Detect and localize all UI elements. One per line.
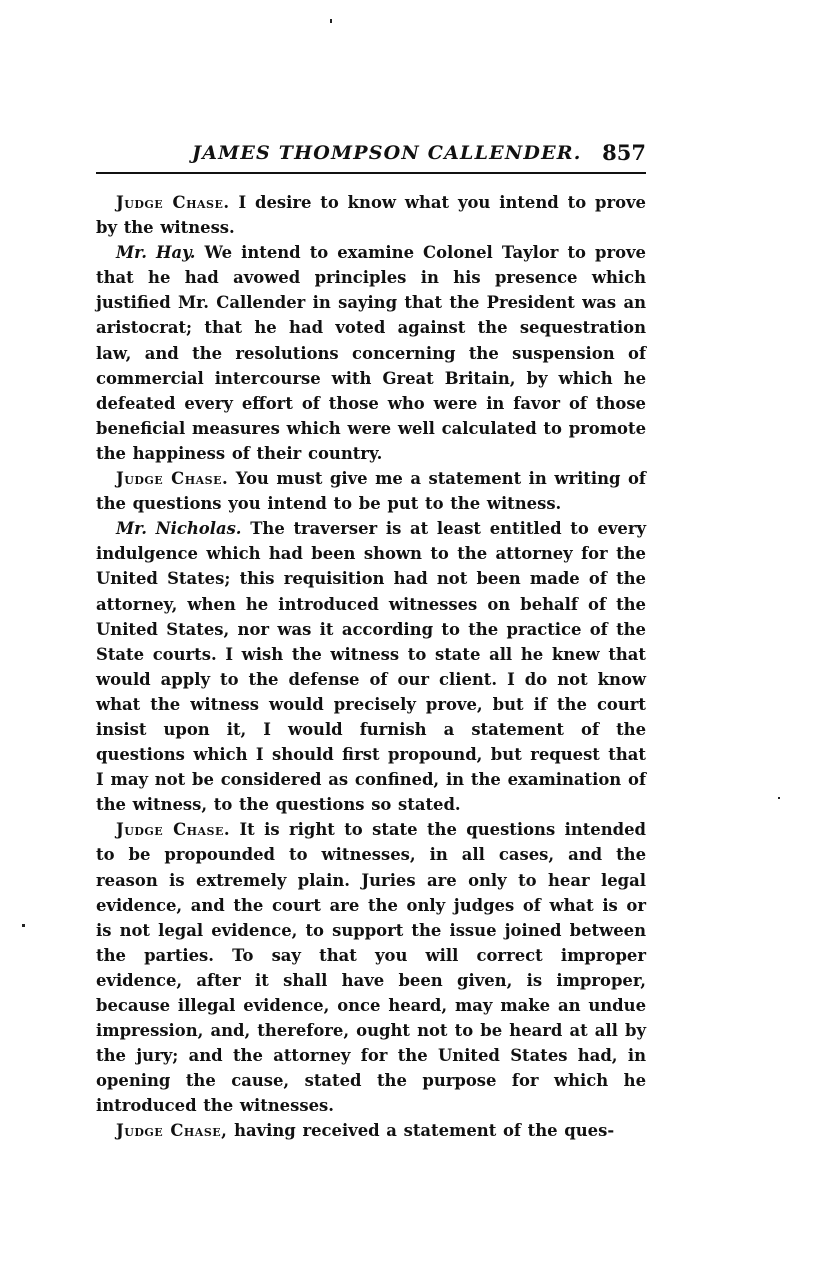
speaker-name: Mr. Nicholas. (116, 519, 242, 538)
page-body: Judge Chase. I desire to know what you i… (96, 190, 646, 1144)
page-number: 857 (602, 140, 646, 165)
paragraph: Judge Chase. I desire to know what you i… (96, 190, 646, 240)
scan-mark-right (778, 797, 780, 799)
paragraph-text: The traverser is at least entitled to ev… (96, 519, 646, 814)
running-title: JAMES THOMPSON CALLENDER. (192, 142, 582, 164)
paragraph-text: We intend to examine Colonel Taylor to p… (96, 243, 646, 463)
paragraph-text: It is right to state the questions inten… (96, 820, 646, 1115)
speaker-name: Judge Chase. (116, 469, 228, 488)
page-header: JAMES THOMPSON CALLENDER. 857 (96, 138, 646, 172)
speaker-name: Judge Chase, (116, 1121, 227, 1140)
paragraph: Judge Chase, having received a statement… (96, 1118, 646, 1143)
scan-mark-left (22, 924, 25, 927)
book-page: JAMES THOMPSON CALLENDER. 857 Judge Chas… (96, 138, 646, 1144)
speaker-name: Mr. Hay. (116, 243, 196, 262)
paragraph: Mr. Hay. We intend to examine Colonel Ta… (96, 240, 646, 466)
paragraph: Judge Chase. You must give me a statemen… (96, 466, 646, 516)
speaker-name: Judge Chase. (116, 193, 230, 212)
speaker-name: Judge Chase. (116, 820, 230, 839)
header-rule (96, 172, 646, 174)
paragraph: Mr. Nicholas. The traverser is at least … (96, 516, 646, 817)
paragraph-text: having received a statement of the ques- (227, 1121, 614, 1140)
paragraph: Judge Chase. It is right to state the qu… (96, 817, 646, 1118)
scan-mark-top (330, 19, 332, 23)
